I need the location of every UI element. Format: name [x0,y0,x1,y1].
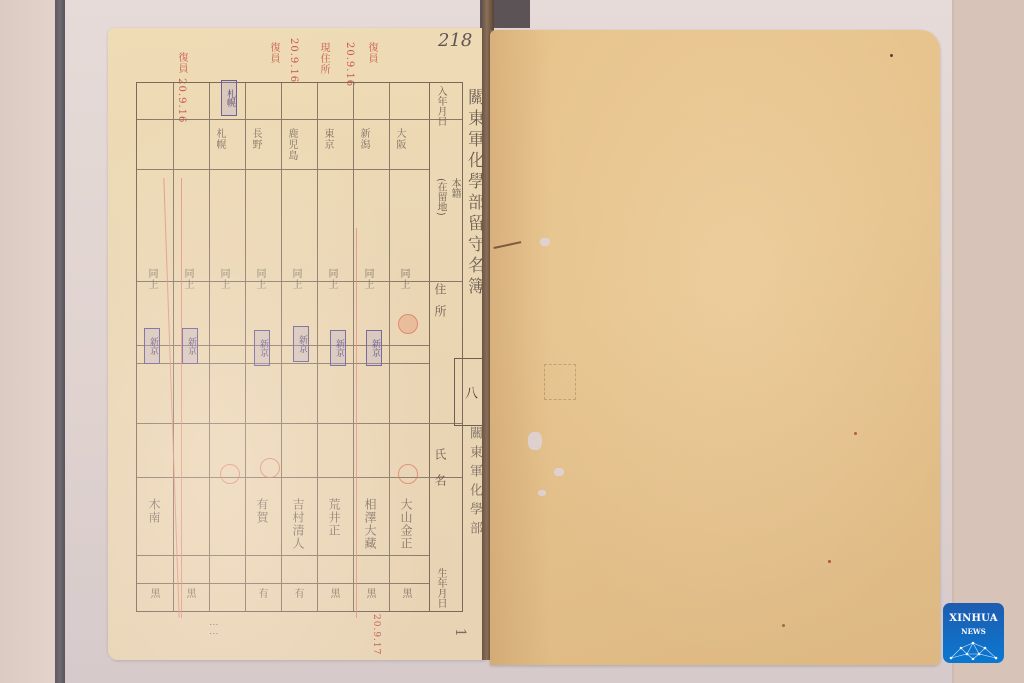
native-place: 東京 [322,128,333,150]
purple-stamp: 新京 [182,328,198,364]
header-residence: (在留地) [434,178,446,216]
cover-page [490,30,940,665]
roster-page: 218 復員 20.9.16 復員 20.9.16 現住所 20.9.16 復員… [108,28,486,660]
page-damage [528,432,542,450]
mark: 黑 [328,588,339,599]
spot [782,624,785,627]
page-damage [538,490,546,496]
roster-title: 關東軍化學部留守名簿 [464,88,484,298]
red-strike-line [356,228,357,618]
status: 同上 [290,268,301,290]
header-name: 氏名 [434,448,446,500]
display-case-left [0,0,58,683]
person-name: 荒井正 [328,498,339,537]
red-annotation: 20.9.16 [288,38,299,83]
native-place: 新潟 [358,128,369,150]
logo-line1: XINHUA [943,613,1004,624]
header-address: 住所 [434,283,446,327]
roster-title-lower: 關東軍化學部 [464,426,484,540]
page-damage [554,468,564,476]
number-stamp: 八 [454,358,484,426]
purple-stamp: 新京 [254,330,270,366]
purple-stamp: 新京 [293,326,309,362]
mark: 黑 [148,588,159,599]
red-seal [398,464,418,484]
header-native-place: 本籍 [448,178,460,198]
red-strike-line [181,178,182,618]
page-damage [540,238,550,246]
person-name: 相澤大藏 [364,498,375,550]
red-annotation: 現住所 [318,42,329,75]
tear-edge [493,241,522,255]
mark: 有 [292,588,303,599]
red-seal [398,314,418,334]
spot [890,54,893,57]
status: 同上 [362,268,373,290]
purple-stamp: 札幌 [221,80,237,116]
mark: 黑 [184,588,195,599]
xinhua-news-logo: XINHUA NEWS [943,603,1004,663]
person-name: 大山金正 [400,498,411,550]
faded-label-mark [544,364,576,400]
red-annotation: 復員 [366,42,377,64]
red-spot [854,432,857,435]
native-place: 札幌 [214,128,225,150]
red-annotation: 20.9.16 [344,42,355,87]
red-annotation: 復員 [268,42,279,64]
network-icon [949,640,998,660]
red-spot [828,560,831,563]
display-case-right [952,0,1024,683]
header-date-entered: 入年月日 [434,86,446,126]
person-name: 有賀 [256,498,267,524]
mark: 黑 [400,588,411,599]
display-case-divider [55,0,65,683]
purple-stamp: 新京 [330,330,346,366]
header-birth-date: 生年月日 [434,568,446,608]
page-mark: 1 [454,628,465,638]
native-place: 大阪 [394,128,405,150]
person-name: 吉村清人 [292,498,303,550]
mark: 黑 [364,588,375,599]
person-name: 木南 [148,498,159,524]
red-date-note: 20.9.17 [370,614,381,655]
native-place: 長野 [250,128,261,150]
purple-stamp: 新京 [366,330,382,366]
mark: 有 [256,588,267,599]
logo-line2: NEWS [943,627,1004,636]
native-place: 鹿児島 [286,128,297,161]
status: 同上 [326,268,337,290]
header-column [428,82,463,612]
status: 同上 [254,268,265,290]
pencil-note: ⋮⋮ [208,620,218,638]
status: 同上 [146,268,157,290]
purple-stamp: 新京 [144,328,160,364]
status: 同上 [398,268,409,290]
red-seal [260,458,280,478]
page-number-note: 218 [438,30,472,51]
status: 同上 [182,268,193,290]
status: 同上 [218,268,229,290]
red-seal [220,464,240,484]
